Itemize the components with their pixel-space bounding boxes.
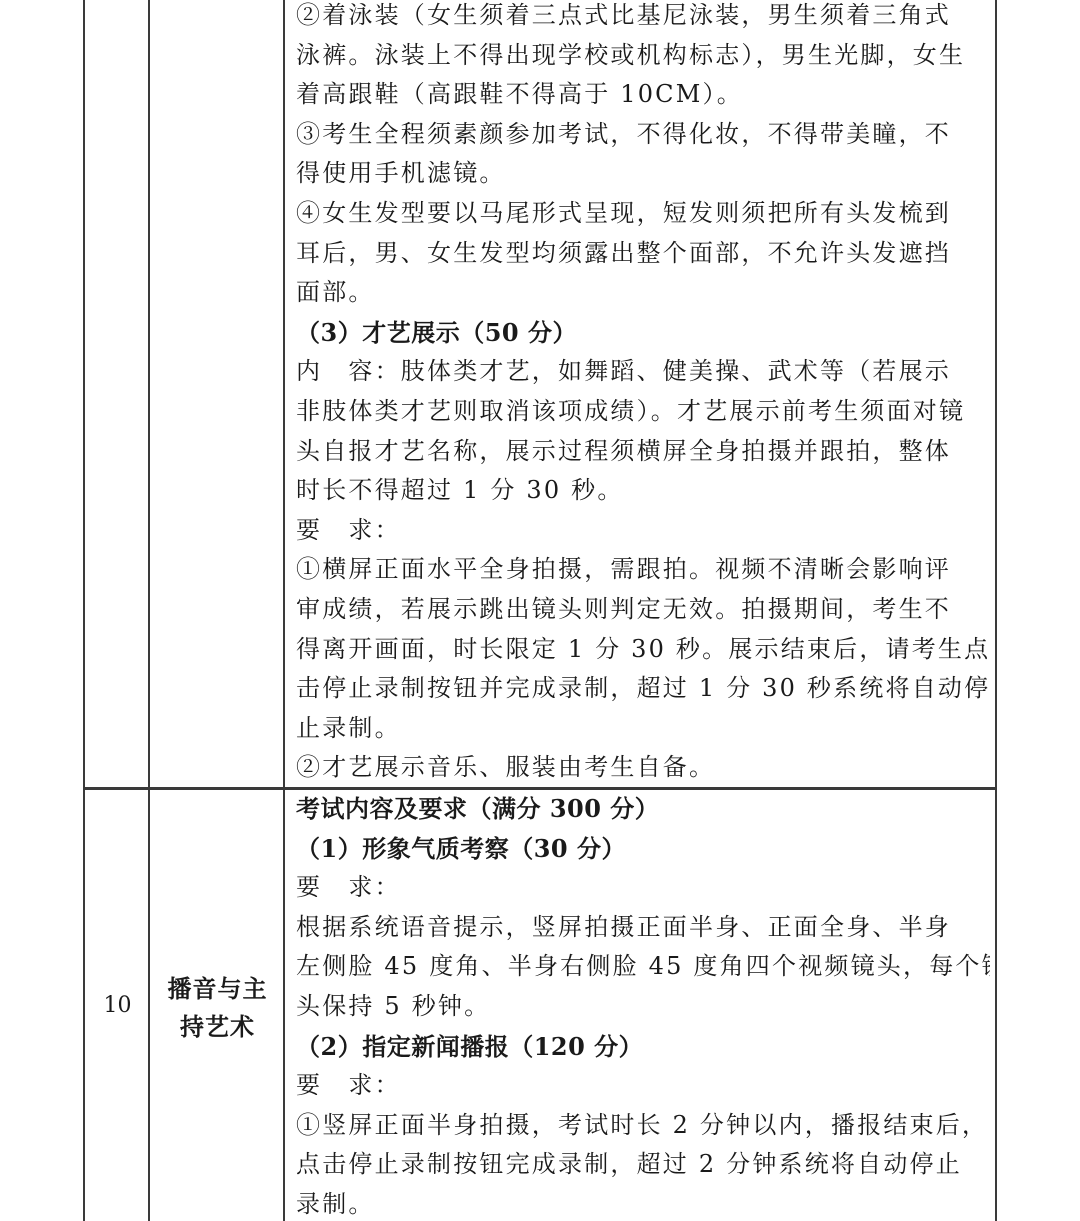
content-line: 左侧脸 45 度角、半身右侧脸 45 度角四个视频镜头，每个镜 [296,947,990,987]
major-name-line-2: 持艺术 [151,1008,284,1046]
table-border-col1 [148,0,150,1221]
content-line: 时长不得超过 1 分 30 秒。 [296,471,990,511]
content-line: 面部。 [296,273,990,313]
content-line: 头保持 5 秒钟。 [296,987,990,1027]
content-line: 得离开画面，时长限定 1 分 30 秒。展示结束后，请考生点 [296,630,990,670]
table-border-left [83,0,85,1221]
content-line: ③考生全程须素颜参加考试，不得化妆，不得带美瞳，不 [296,115,990,155]
content-line: 着高跟鞋（高跟鞋不得高于 10CM）。 [296,75,990,115]
row-9-content-cell: ②着泳装（女生须着三点式比基尼泳装，男生须着三角式 泳裤。泳装上不得出现学校或机… [296,0,990,788]
content-line: 内 容：肢体类才艺，如舞蹈、健美操、武术等（若展示 [296,352,990,392]
content-line: 得使用手机滤镜。 [296,154,990,194]
content-line: 非肢体类才艺则取消该项成绩）。才艺展示前考生须面对镜 [296,392,990,432]
content-line: 击停止录制按钮并完成录制，超过 1 分 30 秒系统将自动停 [296,669,990,709]
content-line: 要 求： [296,1066,990,1106]
row-10-major: 播音与主 持艺术 [151,970,284,1046]
content-line: ①竖屏正面半身拍摄，考试时长 2 分钟以内，播报结束后， [296,1106,990,1146]
row-10-number: 10 [86,993,149,1018]
row-10-content-cell: 考试内容及要求（满分 300 分） （1）形象气质考察（30 分） 要 求： 根… [296,789,990,1221]
content-line: ②着泳装（女生须着三点式比基尼泳装，男生须着三角式 [296,0,990,36]
content-line: 止录制。 [296,709,990,749]
section-heading: （3）才艺展示（50 分） [296,313,990,353]
content-line: 泳裤。泳装上不得出现学校或机构标志），男生光脚，女生 [296,36,990,76]
content-line: ②才艺展示音乐、服装由考生自备。 [296,748,990,788]
section-heading: （1）形象气质考察（30 分） [296,829,990,869]
table-border-right [995,0,997,1221]
content-line: 根据系统语音提示，竖屏拍摄正面半身、正面全身、半身 [296,908,990,948]
major-name-line-1: 播音与主 [151,970,284,1008]
content-line: 要 求： [296,868,990,908]
section-heading: （2）指定新闻播报（120 分） [296,1027,990,1067]
content-line: 录制。 [296,1185,990,1221]
content-line: 点击停止录制按钮完成录制，超过 2 分钟系统将自动停止 [296,1145,990,1185]
content-line: 耳后，男、女生发型均须露出整个面部，不允许头发遮挡 [296,234,990,274]
content-line: 头自报才艺名称，展示过程须横屏全身拍摄并跟拍，整体 [296,432,990,472]
content-line: 要 求： [296,511,990,551]
content-line: ①横屏正面水平全身拍摄，需跟拍。视频不清晰会影响评 [296,550,990,590]
content-line: 审成绩，若展示跳出镜头则判定无效。拍摄期间，考生不 [296,590,990,630]
section-title: 考试内容及要求（满分 300 分） [296,789,990,829]
content-line: ④女生发型要以马尾形式呈现，短发则须把所有头发梳到 [296,194,990,234]
